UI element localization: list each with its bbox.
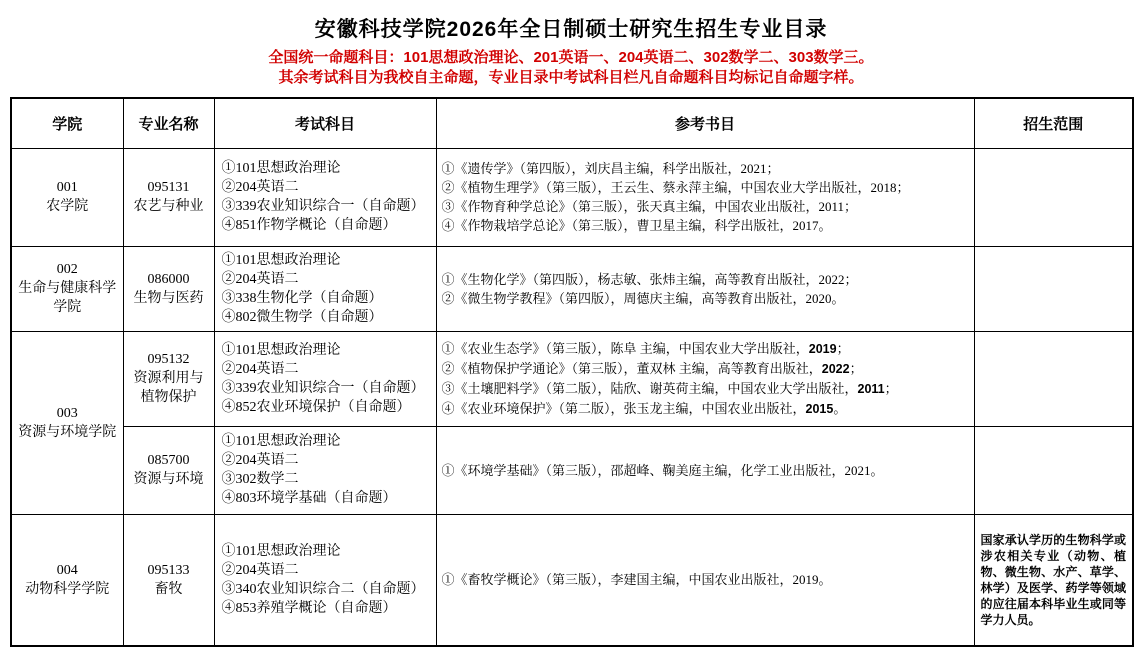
college-code: 003 xyxy=(18,404,117,423)
subject-line: ③339农业知识综合一（自命题） xyxy=(222,379,430,398)
book-line: ②《微生物学教程》（第四版），周德庆主编，高等教育出版社，2020。 xyxy=(442,289,968,308)
subjects-cell: ①101思想政治理论 ②204英语二 ③339农业知识综合一（自命题） ④852… xyxy=(214,331,436,426)
scope-text: 国家承认学历的生物科学或涉农相关专业（动物、植物、微生物、水产、草学、林学）及医… xyxy=(981,532,1127,628)
subtitle-line-1: 全国统一命题科目：101思想政治理论、201英语一、204英语二、302数学二、… xyxy=(0,48,1142,68)
book-line: ①《农业生态学》（第三版），陈阜 主编，中国农业大学出版社，2019； xyxy=(442,339,968,359)
books-cell: ①《畜牧学概论》（第三版），李建国主编，中国农业出版社，2019。 xyxy=(436,514,974,646)
subject-line: ④803环境学基础（自命题） xyxy=(222,489,430,508)
book-line: ④《作物栽培学总论》（第三版），曹卫星主编，科学出版社，2017。 xyxy=(442,216,968,235)
subject-line: ①101思想政治理论 xyxy=(222,159,430,178)
college-name: 动物科学学院 xyxy=(18,580,117,599)
book-line: ①《遗传学》（第四版），刘庆昌主编，科学出版社，2021； xyxy=(442,159,968,178)
publication-year: 2015 xyxy=(806,402,834,416)
major-name: 资源利用与植物保护 xyxy=(130,369,208,407)
scope-cell: 国家承认学历的生物科学或涉农相关专业（动物、植物、微生物、水产、草学、林学）及医… xyxy=(974,514,1133,646)
subject-line: ④851作物学概论（自命题） xyxy=(222,216,430,235)
major-code: 095133 xyxy=(130,561,208,580)
subtitle-line-2: 其余考试科目为我校自主命题，专业目录中考试科目栏凡自命题科目均标记自命题字样。 xyxy=(0,68,1142,88)
book-line: ①《生物化学》（第四版），杨志敏、张炜主编，高等教育出版社，2022； xyxy=(442,270,968,289)
table-row: 004 动物科学学院 095133 畜牧 ①101思想政治理论 ②204英语二 … xyxy=(11,514,1133,646)
scope-cell xyxy=(974,148,1133,246)
college-cell: 004 动物科学学院 xyxy=(11,514,123,646)
college-code: 002 xyxy=(18,260,117,279)
subject-line: ④852农业环境保护（自命题） xyxy=(222,398,430,417)
book-line: ③《土壤肥料学》（第二版），陆欣、谢英荷主编，中国农业大学出版社，2011； xyxy=(442,379,968,399)
subject-line: ②204英语二 xyxy=(222,360,430,379)
publication-year: 2022 xyxy=(822,362,850,376)
subjects-cell: ①101思想政治理论 ②204英语二 ③338生物化学（自命题） ④802微生物… xyxy=(214,246,436,331)
book-line: ②《植物保护学通论》（第三版），董双林 主编，高等教育出版社，2022； xyxy=(442,359,968,379)
major-name: 畜牧 xyxy=(130,580,208,599)
major-code: 085700 xyxy=(130,451,208,470)
publication-year: 2019 xyxy=(809,342,837,356)
table-row: 085700 资源与环境 ①101思想政治理论 ②204英语二 ③302数学二 … xyxy=(11,426,1133,514)
subject-line: ④802微生物学（自命题） xyxy=(222,308,430,327)
books-cell: ①《生物化学》（第四版），杨志敏、张炜主编，高等教育出版社，2022； ②《微生… xyxy=(436,246,974,331)
subject-line: ②204英语二 xyxy=(222,178,430,197)
scope-cell xyxy=(974,246,1133,331)
subject-line: ③339农业知识综合一（自命题） xyxy=(222,197,430,216)
table-header-row: 学院 专业名称 考试科目 参考书目 招生范围 xyxy=(11,98,1133,148)
books-cell: ①《遗传学》（第四版），刘庆昌主编，科学出版社，2021； ②《植物生理学》（第… xyxy=(436,148,974,246)
college-code: 004 xyxy=(18,561,117,580)
major-cell: 085700 资源与环境 xyxy=(123,426,214,514)
subject-line: ①101思想政治理论 xyxy=(222,542,430,561)
subjects-cell: ①101思想政治理论 ②204英语二 ③339农业知识综合一（自命题） ④851… xyxy=(214,148,436,246)
subject-line: ①101思想政治理论 xyxy=(222,432,430,451)
major-name: 农艺与种业 xyxy=(130,197,208,216)
book-line: ④《农业环境保护》（第二版），张玉龙主编，中国农业出版社，2015。 xyxy=(442,399,968,419)
table-row: 003 资源与环境学院 095132 资源利用与植物保护 ①101思想政治理论 … xyxy=(11,331,1133,426)
subject-line: ②204英语二 xyxy=(222,270,430,289)
scope-cell xyxy=(974,331,1133,426)
book-line: ②《植物生理学》（第三版），王云生、蔡永萍主编，中国农业大学出版社，2018； xyxy=(442,178,968,197)
major-cell: 086000 生物与医药 xyxy=(123,246,214,331)
subject-line: ③338生物化学（自命题） xyxy=(222,289,430,308)
header-major: 专业名称 xyxy=(123,98,214,148)
table-row: 002 生命与健康科学学院 086000 生物与医药 ①101思想政治理论 ②2… xyxy=(11,246,1133,331)
scope-cell xyxy=(974,426,1133,514)
subject-line: ②204英语二 xyxy=(222,451,430,470)
major-code: 095132 xyxy=(130,350,208,369)
book-line: ①《畜牧学概论》（第三版），李建国主编，中国农业出版社，2019。 xyxy=(442,570,968,589)
college-cell: 003 资源与环境学院 xyxy=(11,331,123,514)
publication-year: 2011 xyxy=(858,382,885,396)
college-cell: 001 农学院 xyxy=(11,148,123,246)
college-code: 001 xyxy=(18,178,117,197)
book-line: ③《作物育种学总论》（第三版），张天真主编，中国农业出版社，2011； xyxy=(442,197,968,216)
header-scope: 招生范围 xyxy=(974,98,1133,148)
header-books: 参考书目 xyxy=(436,98,974,148)
major-cell: 095133 畜牧 xyxy=(123,514,214,646)
book-line: ①《环境学基础》（第三版），邵超峰、鞠美庭主编，化学工业出版社，2021。 xyxy=(442,461,968,480)
subject-line: ①101思想政治理论 xyxy=(222,341,430,360)
subject-line: ④853养殖学概论（自命题） xyxy=(222,599,430,618)
books-cell: ①《农业生态学》（第三版），陈阜 主编，中国农业大学出版社，2019； ②《植物… xyxy=(436,331,974,426)
subject-line: ③302数学二 xyxy=(222,470,430,489)
college-name: 农学院 xyxy=(18,197,117,216)
college-cell: 002 生命与健康科学学院 xyxy=(11,246,123,331)
subject-line: ③340农业知识综合二（自命题） xyxy=(222,580,430,599)
major-cell: 095132 资源利用与植物保护 xyxy=(123,331,214,426)
college-name: 资源与环境学院 xyxy=(18,423,117,442)
major-cell: 095131 农艺与种业 xyxy=(123,148,214,246)
page-title: 安徽科技学院2026年全日制硕士研究生招生专业目录 xyxy=(0,13,1142,43)
college-name: 生命与健康科学学院 xyxy=(18,279,117,317)
admissions-catalog-table: 学院 专业名称 考试科目 参考书目 招生范围 001 农学院 095131 农艺… xyxy=(10,97,1134,647)
header-subjects: 考试科目 xyxy=(214,98,436,148)
subject-line: ②204英语二 xyxy=(222,561,430,580)
major-code: 086000 xyxy=(130,270,208,289)
major-name: 生物与医药 xyxy=(130,289,208,308)
books-cell: ①《环境学基础》（第三版），邵超峰、鞠美庭主编，化学工业出版社，2021。 xyxy=(436,426,974,514)
major-name: 资源与环境 xyxy=(130,470,208,489)
document-header: 安徽科技学院2026年全日制硕士研究生招生专业目录 全国统一命题科目：101思想… xyxy=(0,0,1142,88)
subject-line: ①101思想政治理论 xyxy=(222,251,430,270)
major-code: 095131 xyxy=(130,178,208,197)
header-college: 学院 xyxy=(11,98,123,148)
subjects-cell: ①101思想政治理论 ②204英语二 ③302数学二 ④803环境学基础（自命题… xyxy=(214,426,436,514)
table-row: 001 农学院 095131 农艺与种业 ①101思想政治理论 ②204英语二 … xyxy=(11,148,1133,246)
subjects-cell: ①101思想政治理论 ②204英语二 ③340农业知识综合二（自命题） ④853… xyxy=(214,514,436,646)
